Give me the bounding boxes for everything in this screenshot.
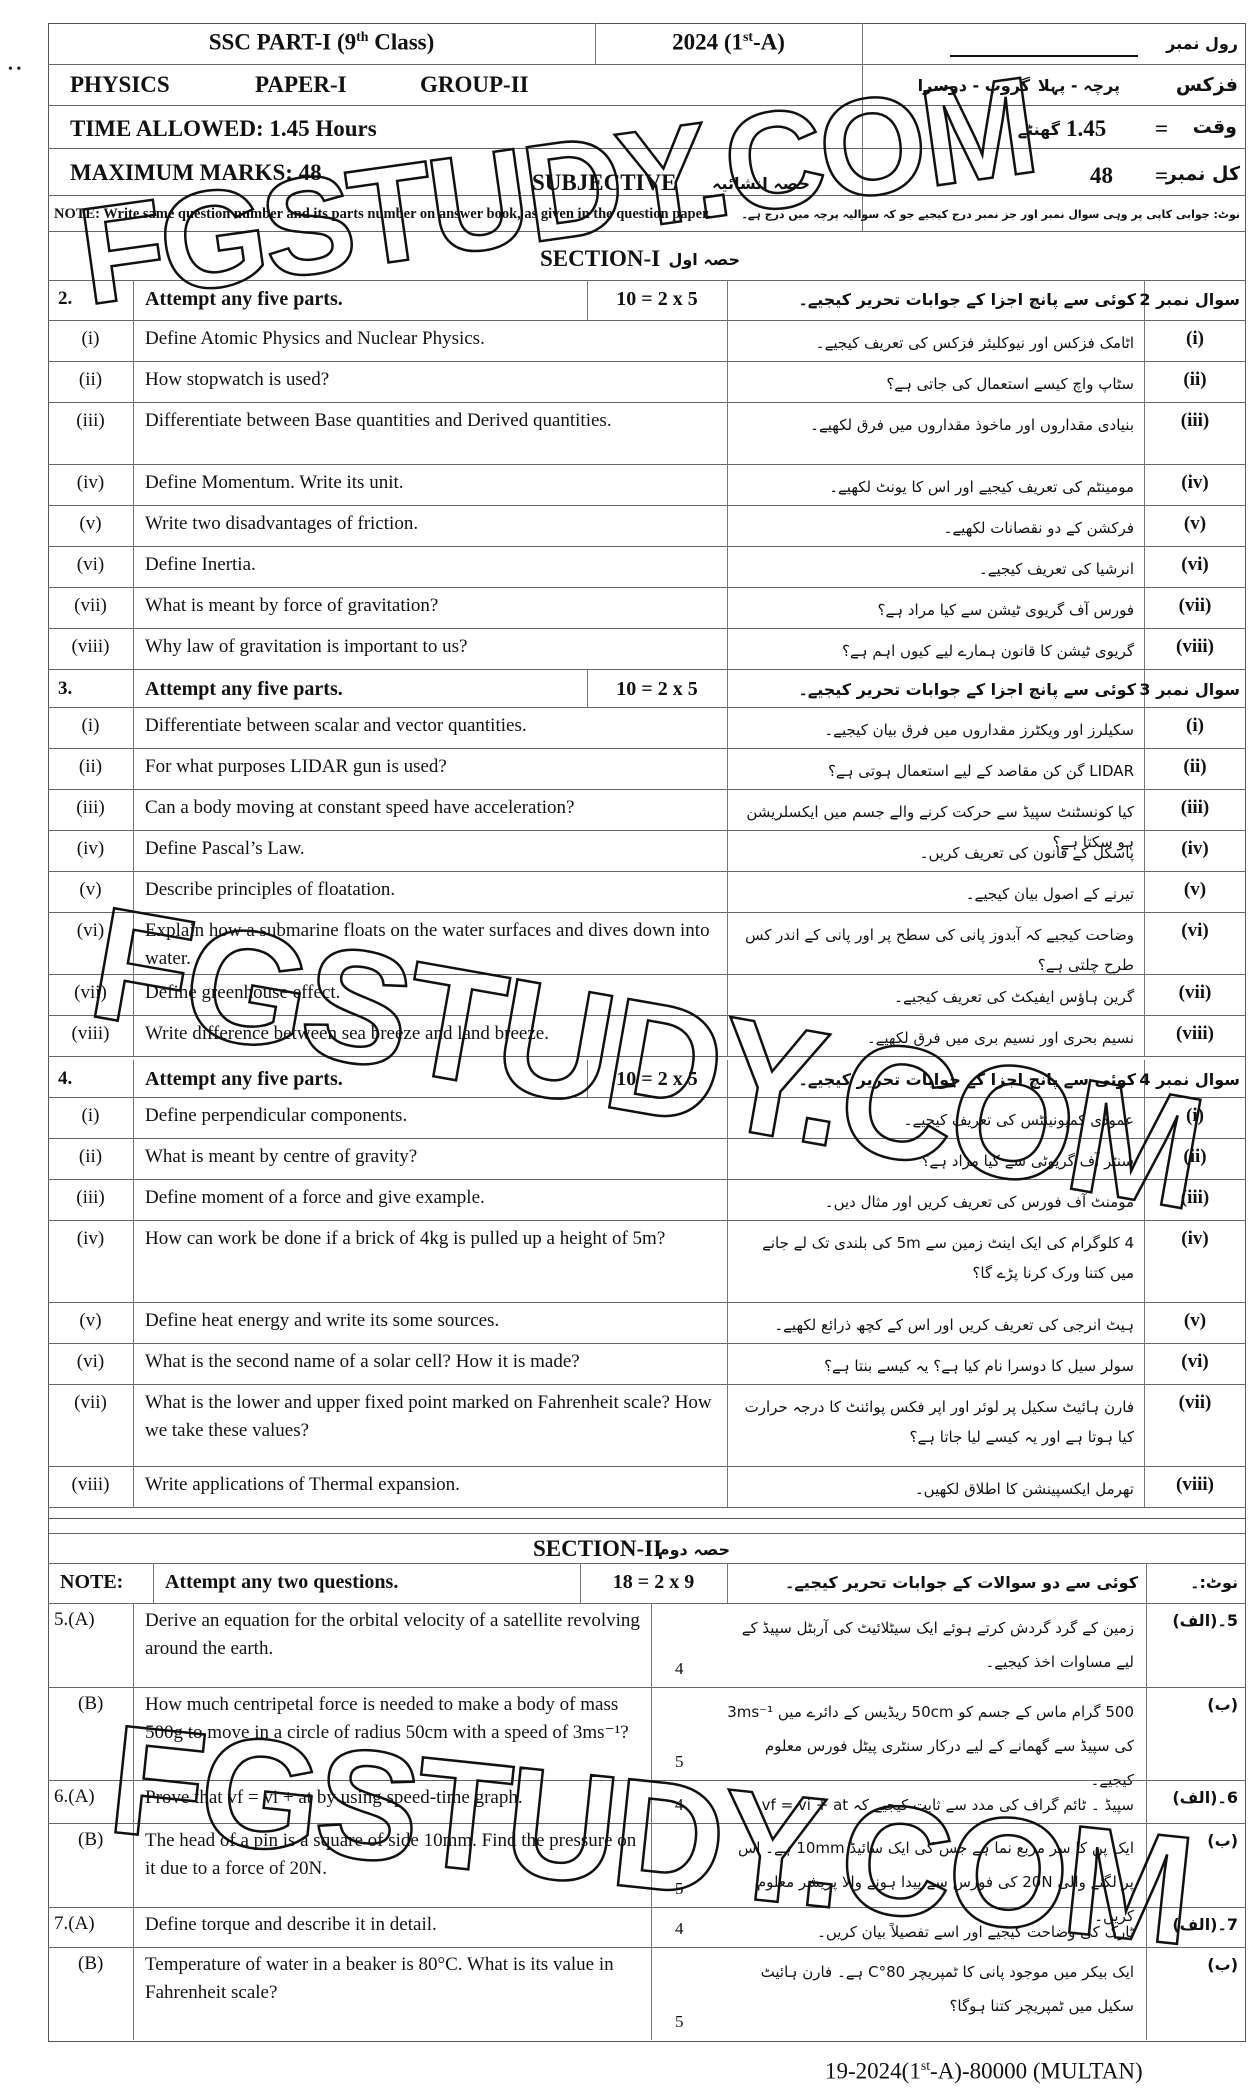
part-label: (iv) bbox=[48, 472, 133, 494]
part-label: (ii) bbox=[48, 756, 133, 778]
part-text-ur: 4 کلوگرام کی ایک اینٹ زمین سے 5m کی بلند… bbox=[735, 1228, 1134, 1288]
question-part-row: (iv)Define Momentum. Write its unit.مومی… bbox=[48, 464, 1246, 505]
part-text: How can work be done if a brick of 4kg i… bbox=[145, 1225, 715, 1253]
part-label: (v) bbox=[48, 513, 133, 535]
part-label: (iii) bbox=[48, 797, 133, 819]
part-label-ur: (i) bbox=[1144, 328, 1246, 350]
part-label: (iv) bbox=[48, 1228, 133, 1250]
part-text: Differentiate between scalar and vector … bbox=[145, 712, 715, 740]
question-part-row: (i)Differentiate between scalar and vect… bbox=[48, 707, 1246, 748]
part-label: (vi) bbox=[48, 554, 133, 576]
long-question-text: Derive an equation for the orbital veloc… bbox=[145, 1607, 641, 1663]
question-part-row: (vi)Define Inertia.انرشیا کی تعریف کیجیے… bbox=[48, 546, 1246, 587]
part-text: How stopwatch is used? bbox=[145, 366, 715, 394]
time-label-ur: وقت bbox=[1185, 116, 1237, 138]
part-label-ur: (iv) bbox=[1144, 838, 1246, 860]
long-question-row: 5.(A)Derive an equation for the orbital … bbox=[48, 1603, 1246, 1687]
part-label-ur: (iv) bbox=[1144, 472, 1246, 494]
time-allowed: TIME ALLOWED: 1.45 Hours bbox=[70, 116, 377, 142]
subject-label-ur: فزکس bbox=[1160, 74, 1238, 96]
question-marks: 10 = 2 x 5 bbox=[587, 288, 727, 311]
part-text: Write two disadvantages of friction. bbox=[145, 510, 715, 538]
long-question-label-ur: (ب) bbox=[1150, 1695, 1238, 1714]
part-label: (v) bbox=[48, 1310, 133, 1332]
part-text-ur: فورس آف گریوی ٹیشن سے کیا مراد ہے؟ bbox=[735, 595, 1134, 625]
part-text: Write applications of Thermal expansion. bbox=[145, 1471, 715, 1499]
part-label-ur: (vi) bbox=[1144, 920, 1246, 942]
part-text-ur: انرشیا کی تعریف کیجیے۔ bbox=[735, 554, 1134, 584]
part-label-ur: (viii) bbox=[1144, 1023, 1246, 1045]
part-label-ur: (ii) bbox=[1144, 756, 1246, 778]
question-part-row: (ii)How stopwatch is used?سٹاپ واچ کیسے … bbox=[48, 361, 1246, 402]
part-label: (viii) bbox=[48, 1474, 133, 1496]
part-label-ur: (vii) bbox=[1144, 982, 1246, 1004]
part-label: (i) bbox=[48, 715, 133, 737]
part-text: Define Pascal’s Law. bbox=[145, 835, 715, 863]
question-instruction-ur: کوئی سے پانچ اجزا کے جوابات تحریر کیجیے۔ bbox=[735, 680, 1136, 699]
question-instruction-ur: کوئی سے پانچ اجزا کے جوابات تحریر کیجیے۔ bbox=[735, 290, 1136, 309]
part-text: What is the second name of a solar cell?… bbox=[145, 1348, 715, 1376]
marks-value-ur: 48 bbox=[1090, 163, 1113, 189]
session-label: 2024 (1st-A) bbox=[595, 29, 862, 56]
part-text-ur: مومینٹم کی تعریف کیجیے اور اس کا یونٹ لک… bbox=[735, 472, 1134, 502]
paper-label-ur: پرچہ - پہلا bbox=[1020, 76, 1120, 95]
long-question-label: (B) bbox=[78, 1953, 103, 1975]
part-text: Define Momentum. Write its unit. bbox=[145, 469, 715, 497]
part-label-ur: (vi) bbox=[1144, 554, 1246, 576]
part-text: Define Inertia. bbox=[145, 551, 715, 579]
question-number-ur: سوال نمبر 3 bbox=[1148, 680, 1240, 699]
part-text-ur: گریوی ٹیشن کا قانون ہمارے لیے کیوں اہم ہ… bbox=[735, 636, 1134, 666]
part-text-ur: پاسکل کے قانون کی تعریف کریں۔ bbox=[735, 838, 1134, 868]
question-part-row: (v)Write two disadvantages of friction.ف… bbox=[48, 505, 1246, 546]
long-question-label-ur: 5۔(الف) bbox=[1150, 1611, 1238, 1630]
section-2-instruction: Attempt any two questions. bbox=[165, 1571, 398, 1594]
question-part-row: (ii)For what purposes LIDAR gun is used?… bbox=[48, 748, 1246, 789]
part-text-ur: ہیٹ انرجی کی تعریف کریں اور اس کے کچھ ذر… bbox=[735, 1310, 1134, 1340]
question-number-ur: سوال نمبر 2 bbox=[1148, 290, 1240, 309]
part-label: (vii) bbox=[48, 1392, 133, 1414]
question-part-row: (iii)Differentiate between Base quantiti… bbox=[48, 402, 1246, 464]
long-question-label: 7.(A) bbox=[54, 1913, 95, 1935]
part-text-ur: سولر سیل کا دوسرا نام کیا ہے؟ یہ کیسے بن… bbox=[735, 1351, 1134, 1381]
part-text: Define moment of a force and give exampl… bbox=[145, 1184, 715, 1212]
part-text-ur: تھرمل ایکسپینشن کا اطلاق لکھیں۔ bbox=[735, 1474, 1134, 1504]
section-2-title: SECTION-II bbox=[533, 1536, 662, 1562]
section-2-note-label: NOTE: bbox=[60, 1571, 123, 1594]
long-question-text-ur: زمین کے گرد گردش کرتے ہوئے ایک سیٹلائیٹ … bbox=[727, 1611, 1134, 1679]
part-label: (iii) bbox=[48, 410, 133, 432]
part-text-ur: سکیلرز اور ویکٹرز مقداروں میں فرق بیان ک… bbox=[735, 715, 1134, 745]
part-label-ur: (viii) bbox=[1144, 1474, 1246, 1496]
question-part-row: (i)Define Atomic Physics and Nuclear Phy… bbox=[48, 320, 1246, 361]
question-instruction: Attempt any five parts. bbox=[145, 678, 343, 701]
section-2-title-ur: حصہ دوم bbox=[660, 1540, 730, 1559]
part-label: (ii) bbox=[48, 369, 133, 391]
part-text-ur: وضاحت کیجیے کہ آبدوز پانی کی سطح پر اور … bbox=[735, 920, 1134, 980]
part-label: (i) bbox=[48, 1105, 133, 1127]
part-label: (iv) bbox=[48, 838, 133, 860]
long-question-text: Temperature of water in a beaker is 80°C… bbox=[145, 1951, 641, 2007]
paper-code: 19-2024(1st-A)-80000 (MULTAN) bbox=[825, 2058, 1143, 2085]
question-part-row: (iv)Define Pascal’s Law.پاسکل کے قانون ک… bbox=[48, 830, 1246, 871]
class-title: SSC PART-I (9th Class) bbox=[48, 29, 595, 56]
part-label: (iii) bbox=[48, 1187, 133, 1209]
part-label-ur: (vi) bbox=[1144, 1351, 1246, 1373]
part-text: What is the lower and upper fixed point … bbox=[145, 1389, 715, 1445]
question-number: 3. bbox=[58, 678, 72, 700]
long-question-mark: 5 bbox=[675, 2012, 684, 2032]
section-2-marks: 18 = 2 x 9 bbox=[580, 1571, 727, 1594]
roll-number-label: رول نمبر bbox=[1150, 34, 1238, 53]
question-part-row: (viii)Why law of gravitation is importan… bbox=[48, 628, 1246, 669]
part-text-ur: فرکشن کے دو نقصانات لکھیے۔ bbox=[735, 513, 1134, 543]
section-2-instruction-ur: کوئی سے دو سوالات کے جوابات تحریر کیجیے۔ bbox=[735, 1573, 1138, 1592]
part-text: What is meant by force of gravitation? bbox=[145, 592, 715, 620]
long-question-label: 6.(A) bbox=[54, 1786, 95, 1808]
part-text: For what purposes LIDAR gun is used? bbox=[145, 753, 715, 781]
part-text-ur: اٹامک فزکس اور نیوکلیئر فزکس کی تعریف کی… bbox=[735, 328, 1134, 358]
part-label-ur: (iii) bbox=[1144, 410, 1246, 432]
part-text-ur: فارن ہائیٹ سکیل پر لوئر اور اپر فکس پوائ… bbox=[735, 1392, 1134, 1452]
part-label-ur: (v) bbox=[1144, 879, 1246, 901]
part-text-ur: سٹاپ واچ کیسے استعمال کی جاتی ہے؟ bbox=[735, 369, 1134, 399]
part-text-ur: تیرنے کے اصول بیان کیجیے۔ bbox=[735, 879, 1134, 909]
subject-label: PHYSICS bbox=[70, 72, 170, 98]
part-label-ur: (vii) bbox=[1144, 595, 1246, 617]
question-part-row: (vii)What is the lower and upper fixed p… bbox=[48, 1384, 1246, 1466]
part-label: (vii) bbox=[48, 595, 133, 617]
part-text: Can a body moving at constant speed have… bbox=[145, 794, 715, 822]
marks-label-ur: کل نمبر bbox=[1178, 163, 1240, 185]
part-label: (vi) bbox=[48, 1351, 133, 1373]
part-text-ur: بنیادی مقداروں اور ماخوذ مقداروں میں فرق… bbox=[735, 410, 1134, 440]
part-label-ur: (ii) bbox=[1144, 369, 1246, 391]
part-text-ur: LIDAR گن کن مقاصد کے لیے استعمال ہوتی ہے… bbox=[735, 756, 1134, 786]
long-question-label: (B) bbox=[78, 1829, 103, 1851]
part-label: (ii) bbox=[48, 1146, 133, 1168]
scan-marks: • • bbox=[8, 62, 21, 78]
group-label: GROUP-II bbox=[420, 72, 529, 98]
part-label-ur: (v) bbox=[1144, 513, 1246, 535]
question-part-row: (vii)What is meant by force of gravitati… bbox=[48, 587, 1246, 628]
long-question-label: 5.(A) bbox=[54, 1609, 95, 1631]
long-question-label: (B) bbox=[78, 1693, 103, 1715]
paper-label: PAPER-I bbox=[255, 72, 347, 98]
question-part-row: (iii)Can a body moving at constant speed… bbox=[48, 789, 1246, 830]
question-part-row: (viii)Write applications of Thermal expa… bbox=[48, 1466, 1246, 1507]
question-number: 4. bbox=[58, 1068, 72, 1090]
part-label-ur: (v) bbox=[1144, 1310, 1246, 1332]
part-label: (viii) bbox=[48, 636, 133, 658]
question-part-row: (v)Define heat energy and write its some… bbox=[48, 1302, 1246, 1343]
part-label-ur: (vii) bbox=[1144, 1392, 1246, 1414]
question-part-row: (iv)How can work be done if a brick of 4… bbox=[48, 1220, 1246, 1302]
part-text: Define heat energy and write its some so… bbox=[145, 1307, 715, 1335]
section-2-note-ur: نوٹ:۔ bbox=[1150, 1573, 1238, 1592]
question-part-row: (vi)What is the second name of a solar c… bbox=[48, 1343, 1246, 1384]
part-label-ur: (viii) bbox=[1144, 636, 1246, 658]
long-question-mark: 4 bbox=[675, 1659, 684, 1679]
part-text: Differentiate between Base quantities an… bbox=[145, 407, 715, 435]
part-label-ur: (iii) bbox=[1144, 797, 1246, 819]
part-label-ur: (i) bbox=[1144, 715, 1246, 737]
part-text: Define Atomic Physics and Nuclear Physic… bbox=[145, 325, 715, 353]
question-number: 2. bbox=[58, 288, 72, 310]
time-value-ur: 1.45 bbox=[1066, 116, 1106, 142]
part-text: Why law of gravitation is important to u… bbox=[145, 633, 715, 661]
question-marks: 10 = 2 x 5 bbox=[587, 678, 727, 701]
